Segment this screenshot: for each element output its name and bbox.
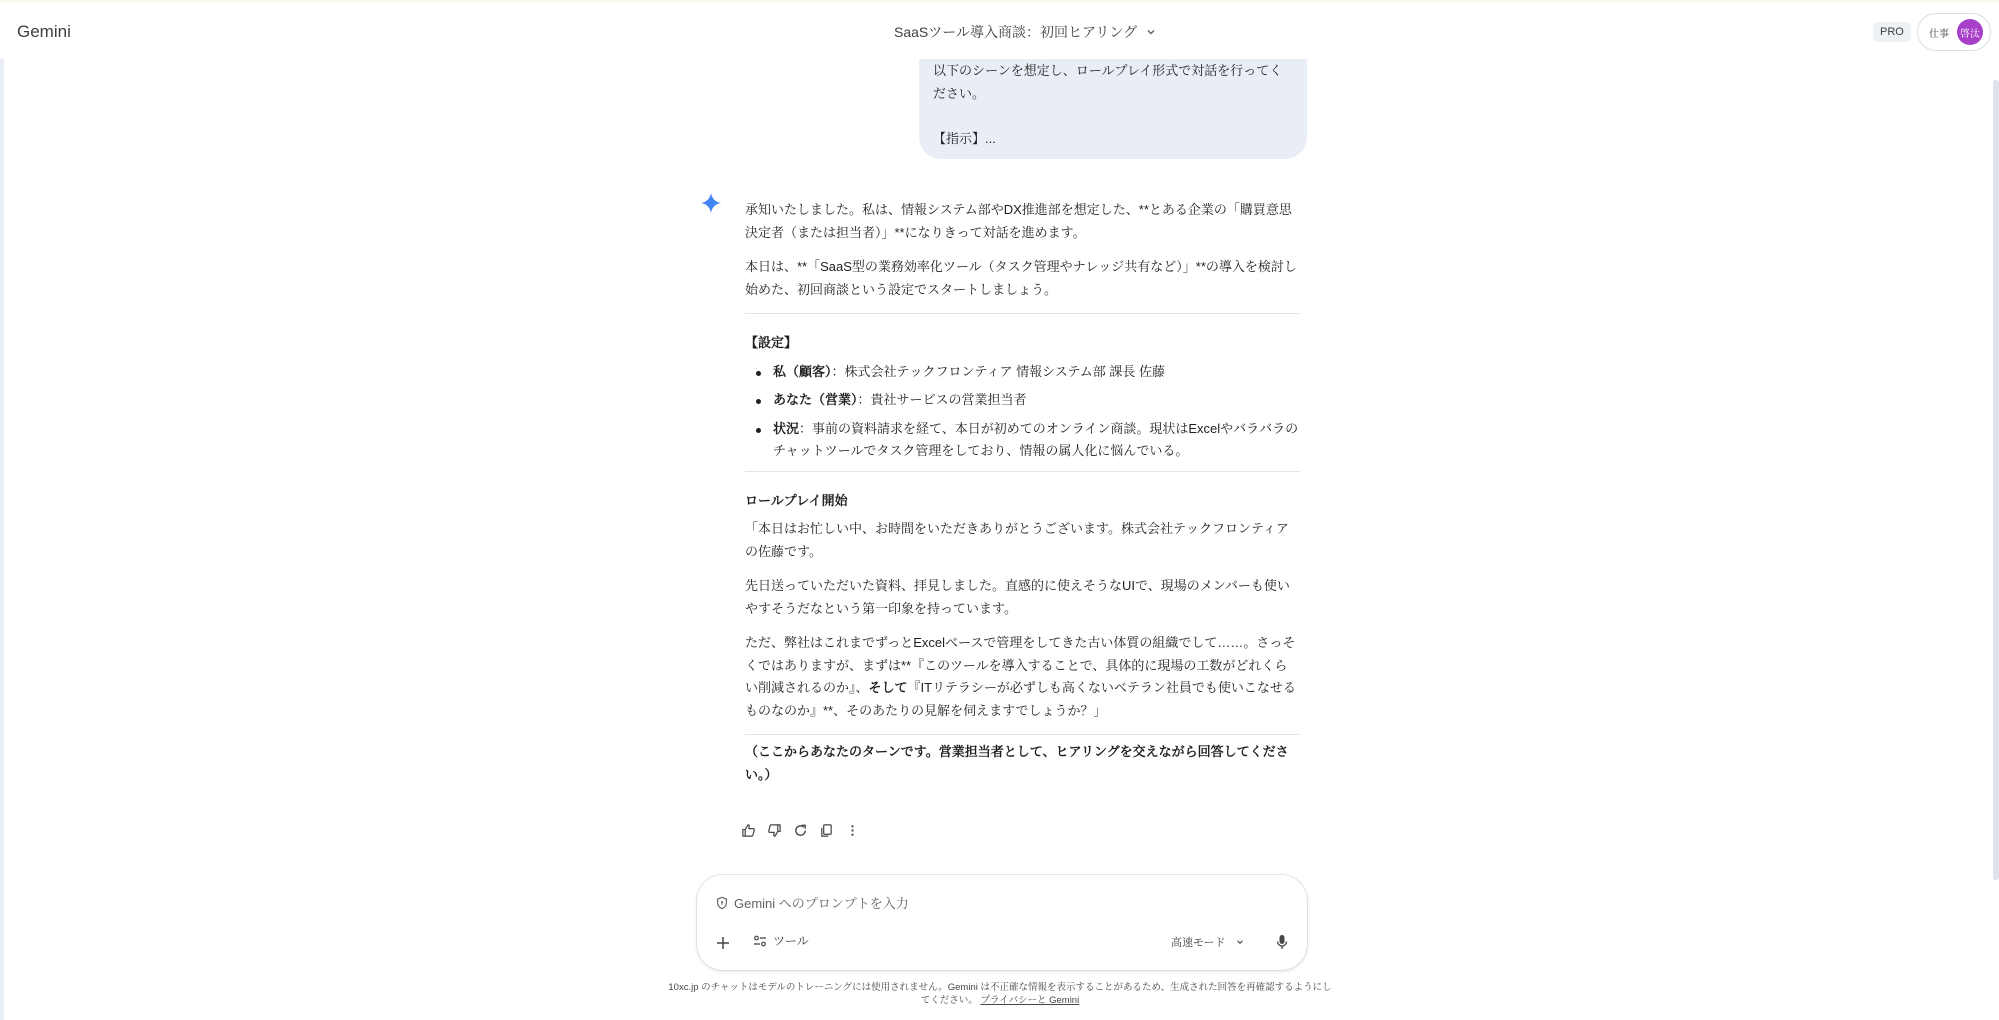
add-button[interactable] (711, 931, 735, 955)
sidebar-edge (0, 3, 4, 1020)
list-item: 私（顧客）：株式会社テックフロンティア 情報システム部 課長 佐藤 (745, 361, 1300, 384)
shield-icon (715, 896, 729, 910)
pro-badge: PRO (1873, 22, 1911, 42)
avatar: 啓汰 (1957, 19, 1983, 45)
settings-list: 私（顧客）：株式会社テックフロンティア 情報システム部 課長 佐藤 あなた（営業… (745, 361, 1300, 463)
tune-icon (753, 934, 767, 948)
microphone-button[interactable] (1272, 932, 1292, 952)
prompt-input[interactable]: Gemini へのプロンプトを入力 (715, 893, 909, 912)
thumbs-up-button[interactable] (738, 820, 758, 840)
divider (745, 471, 1300, 472)
header: Gemini SaaSツール導入商談：初回ヒアリング PRO 仕事 啓汰 (0, 3, 1999, 59)
microphone-icon (1275, 934, 1289, 950)
copy-button[interactable] (816, 820, 836, 840)
workspace-label: 仕事 (1929, 25, 1949, 40)
regenerate-button[interactable] (790, 820, 810, 840)
app-title[interactable]: Gemini (17, 22, 71, 42)
copy-icon (819, 823, 834, 838)
chevron-down-icon (1235, 937, 1245, 947)
response-paragraph: 承知いたしました。私は、情報システム部やDX推進部を想定した、**とある企業の「… (745, 199, 1300, 244)
gemini-sparkle-icon (700, 192, 722, 214)
response-paragraph: 本日は、**「SaaS型の業務効率化ツール（タスク管理やナレッジ共有など）」**… (745, 256, 1300, 301)
privacy-link[interactable]: プライバシーと Gemini (980, 995, 1079, 1006)
divider (745, 734, 1300, 735)
scrollbar[interactable] (1993, 80, 1999, 880)
tools-button[interactable]: ツール (753, 932, 809, 949)
thumbs-down-icon (767, 823, 782, 838)
response-paragraph: 先日送っていただいた資料、拝見しました。直感的に使えそうなUIで、現場のメンバー… (745, 575, 1300, 620)
conversation-title-menu[interactable]: SaaSツール導入商談：初回ヒアリング (894, 22, 1157, 42)
model-response: 承知いたしました。私は、情報システム部やDX推進部を想定した、**とある企業の「… (745, 199, 1300, 798)
mode-selector[interactable]: 高速モード (1171, 934, 1245, 950)
user-message-bubble: 以下のシーンを想定し、ロールプレイ形式で対話を行ってください。 【指示】... (919, 43, 1307, 159)
regenerate-icon (793, 823, 808, 838)
thumbs-up-icon (741, 823, 756, 838)
conversation-title: SaaSツール導入商談：初回ヒアリング (894, 22, 1137, 42)
settings-heading: 【設定】 (745, 332, 1300, 355)
prompt-placeholder: Gemini へのプロンプトを入力 (734, 893, 909, 912)
chevron-down-icon (1145, 26, 1157, 38)
mode-label: 高速モード (1171, 934, 1226, 950)
divider (745, 313, 1300, 314)
thumbs-down-button[interactable] (764, 820, 784, 840)
tools-label: ツール (773, 932, 809, 949)
more-options-button[interactable] (842, 820, 862, 840)
more-vert-icon (845, 823, 860, 838)
response-actions (738, 820, 862, 840)
response-paragraph: ただ、弊社はこれまでずっとExcelベースで管理をしてきた古い体質の組織でして…… (745, 632, 1300, 722)
response-paragraph: 「本日はお忙しい中、お時間をいただきありがとうございます。株式会社テックフロンテ… (745, 518, 1300, 563)
roleplay-heading: ロールプレイ開始 (745, 490, 1300, 513)
user-message-line: 【指示】... (933, 128, 1293, 151)
list-item: 状況：事前の資料請求を経て、本日が初めてのオンライン商談。現状はExcelやバラ… (745, 418, 1300, 463)
plus-icon (716, 936, 730, 950)
user-message-line: 以下のシーンを想定し、ロールプレイ形式で対話を行ってください。 (933, 60, 1293, 105)
closing-note: （ここからあなたのターンです。営業担当者として、ヒアリングを交えながら回答してく… (745, 741, 1300, 786)
footer-disclaimer: 10xc.jp のチャットはモデルのトレーニングには使用されません。Gemini… (665, 981, 1335, 1007)
list-item: あなた（営業）：貴社サービスの営業担当者 (745, 389, 1300, 412)
account-button[interactable]: 仕事 啓汰 (1917, 13, 1991, 51)
prompt-input-box[interactable]: Gemini へのプロンプトを入力 ツール 高速モード (697, 875, 1307, 970)
